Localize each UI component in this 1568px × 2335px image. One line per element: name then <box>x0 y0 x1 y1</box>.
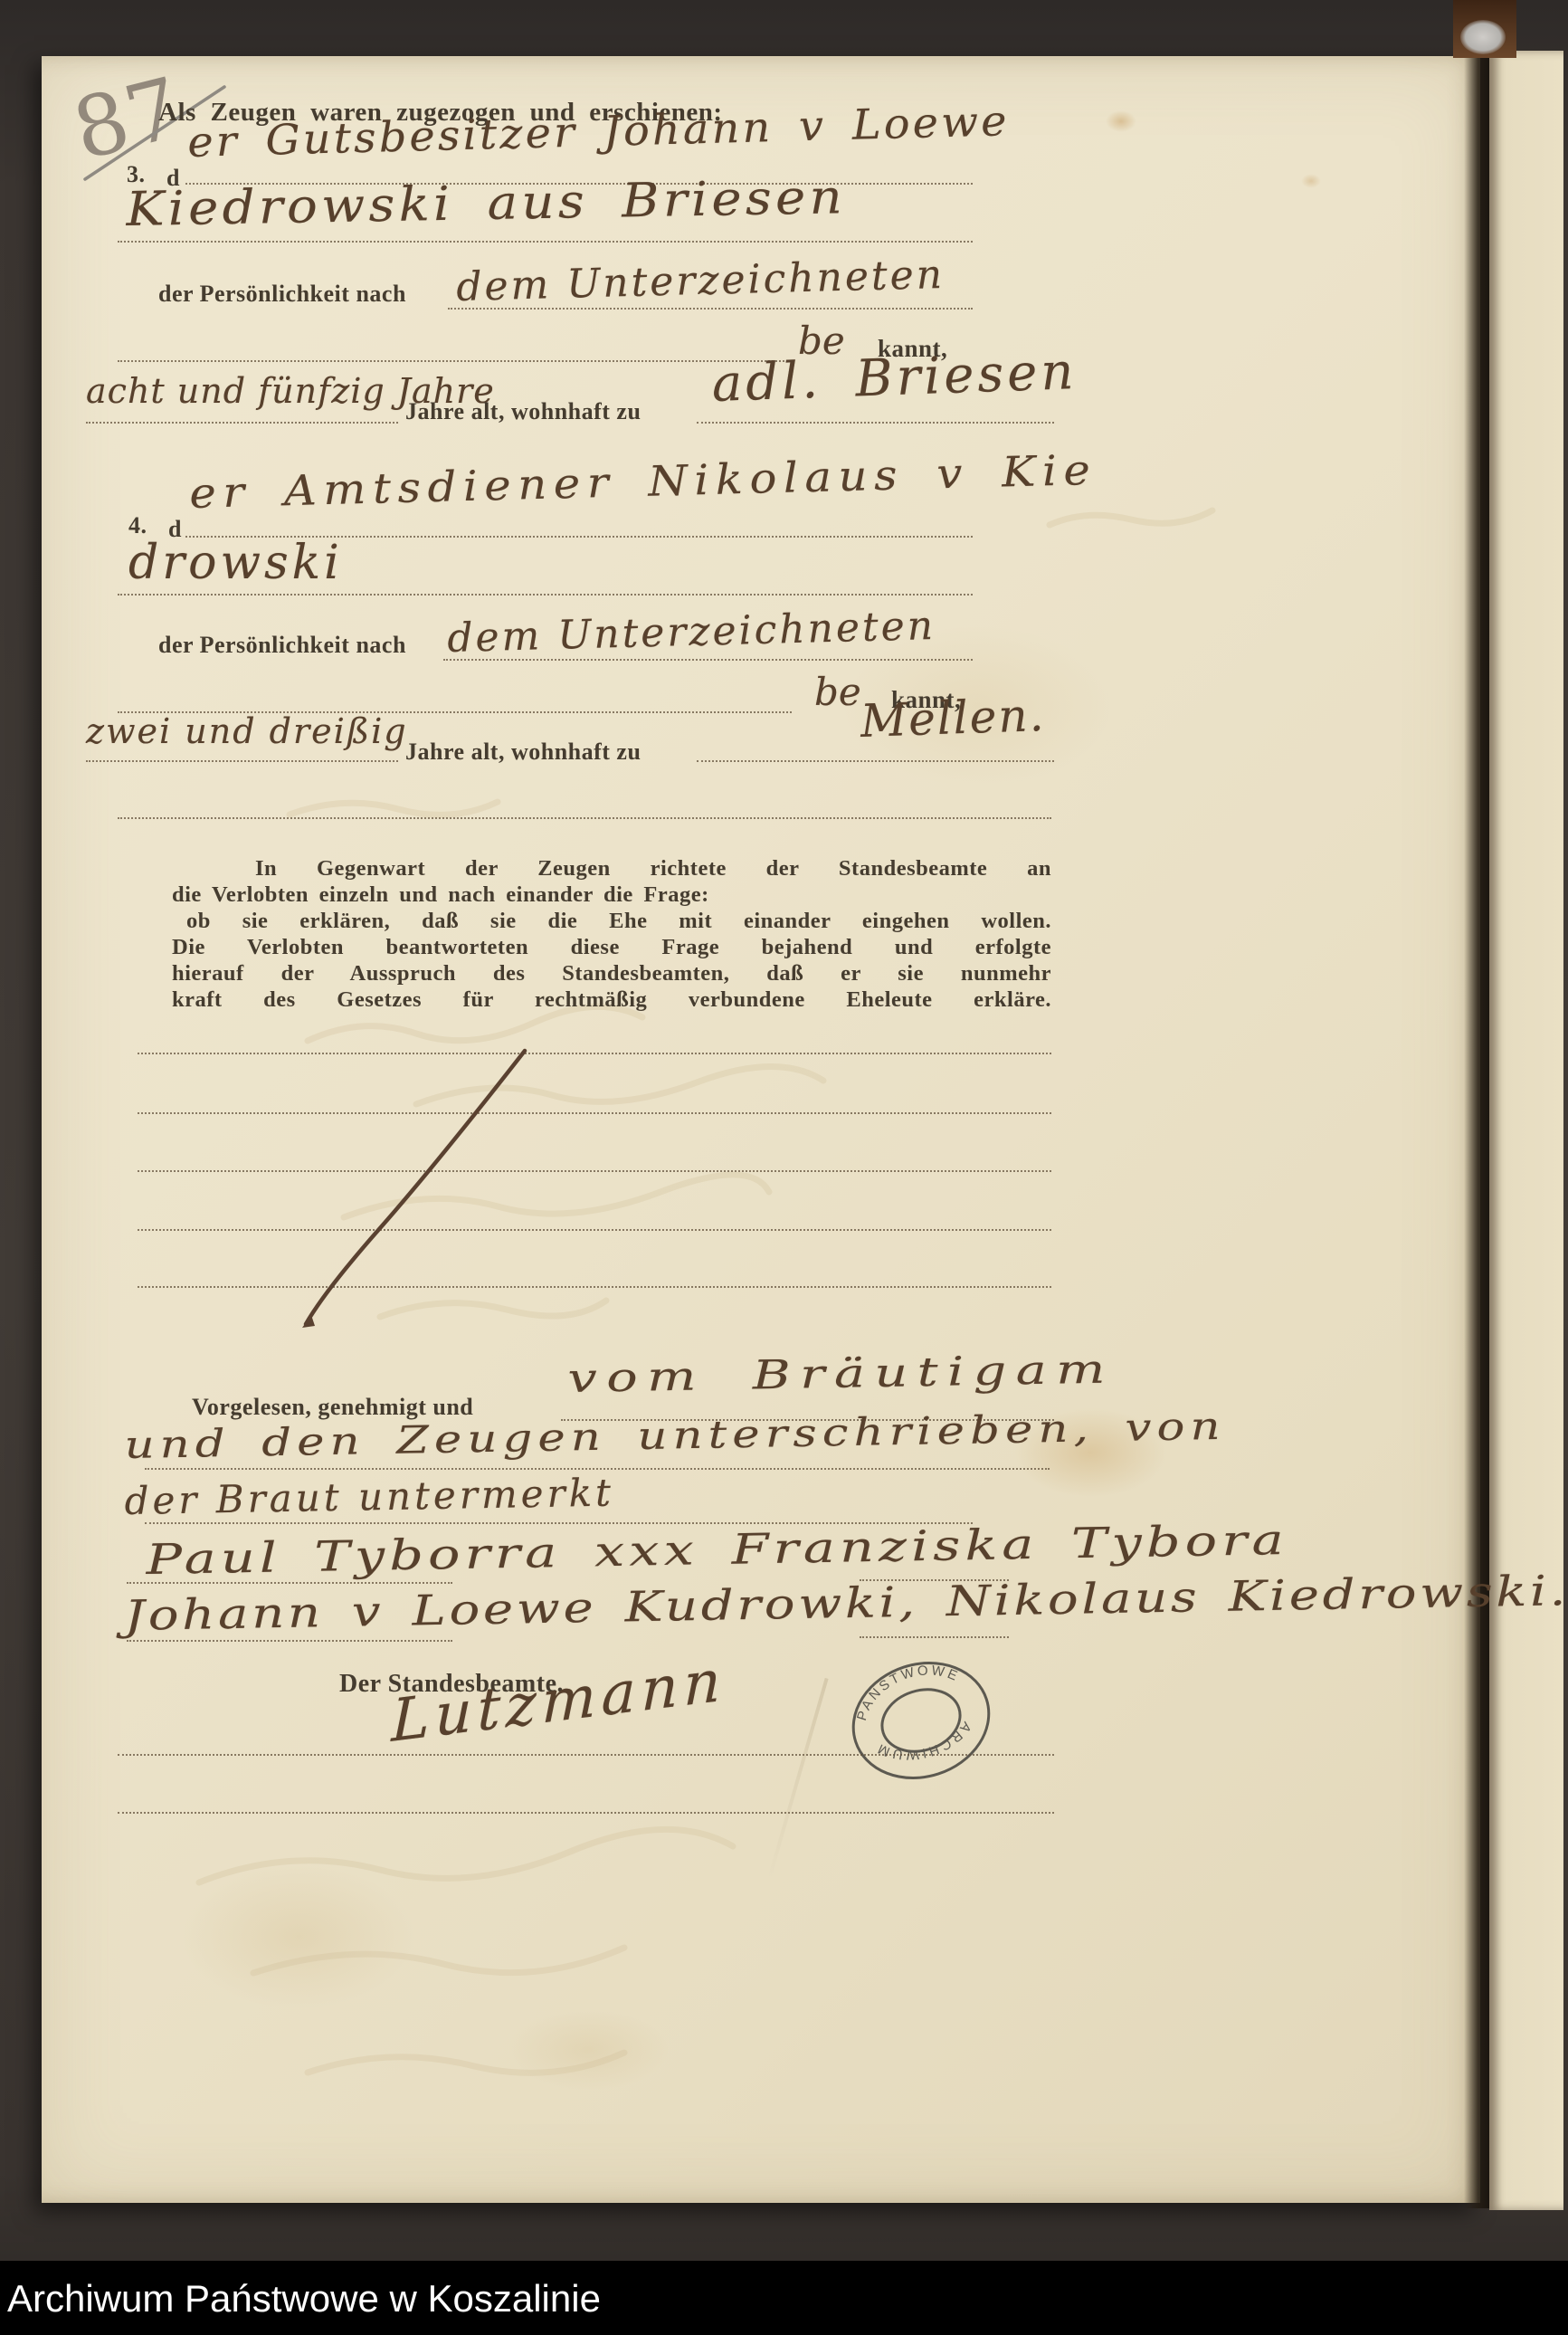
stamp-text-bottom: ARCHIWUM <box>870 1711 979 1776</box>
adjacent-page-edge <box>1489 51 1563 2210</box>
dotted-line <box>138 1053 1051 1054</box>
dotted-line <box>697 422 1054 424</box>
dotted-line <box>860 1636 1009 1638</box>
declaration-line: die Verlobten einzeln und nach einander … <box>172 882 709 908</box>
dotted-line <box>118 360 792 362</box>
witness4-residence-value: Mellen. <box>860 689 1046 748</box>
dotted-line <box>145 1468 1050 1470</box>
declaration-line: Die Verlobten beantworteten diese Frage … <box>172 935 1051 960</box>
witness4-age-value: zwei und dreißig <box>86 711 408 751</box>
cancellation-stroke <box>290 1036 552 1335</box>
binding-thread <box>1460 20 1506 54</box>
dotted-line <box>86 422 398 424</box>
dotted-line <box>127 1640 452 1642</box>
dotted-line <box>118 594 973 596</box>
witness4-known-handwritten: be <box>814 670 861 714</box>
dotted-line <box>138 1286 1051 1288</box>
dotted-line <box>118 1812 1054 1814</box>
dotted-line <box>138 1112 1051 1114</box>
book-gutter <box>1464 52 1489 2208</box>
declaration-line: kraft des Gesetzes für rechtmäßig verbun… <box>172 987 1051 1013</box>
dotted-line <box>443 659 973 661</box>
dotted-line <box>86 760 398 762</box>
scanned-register-page: 87 Als Zeugen waren zugezogen und erschi… <box>0 0 1568 2335</box>
declaration-line: hierauf der Ausspruch des Standesbeamten… <box>172 961 1051 986</box>
witness3-age-label: Jahre alt, wohnhaft zu <box>405 398 641 425</box>
dotted-line <box>138 1229 1051 1231</box>
dotted-line <box>697 760 1054 762</box>
declaration-line: In Gegenwart der Zeugen richtete der Sta… <box>255 856 1051 882</box>
binding-spine <box>1453 0 1516 58</box>
dotted-line <box>118 1754 1054 1756</box>
witness4-identity-label: der Persönlichkeit nach <box>158 632 406 659</box>
svg-text:ARCHIWUM: ARCHIWUM <box>870 1711 979 1776</box>
witness4-age-label: Jahre alt, wohnhaft zu <box>405 739 641 766</box>
witness4-name-line2: drowski <box>128 536 343 590</box>
dotted-line <box>127 1582 452 1584</box>
dotted-line <box>138 1170 1051 1172</box>
dotted-line <box>448 308 973 310</box>
dotted-line <box>118 241 973 243</box>
archive-watermark-text: Archiwum Państwowe w Koszalinie <box>7 2277 601 2321</box>
declaration-line: ob sie erklären, daß sie die Ehe mit ein… <box>186 909 1051 934</box>
closing-handwritten-line1: vom Bräutigam <box>567 1346 1115 1402</box>
closing-handwritten-line3: der Braut untermerkt <box>124 1471 614 1523</box>
dotted-line <box>118 817 1051 819</box>
witness3-identity-label: der Persönlichkeit nach <box>158 281 406 308</box>
